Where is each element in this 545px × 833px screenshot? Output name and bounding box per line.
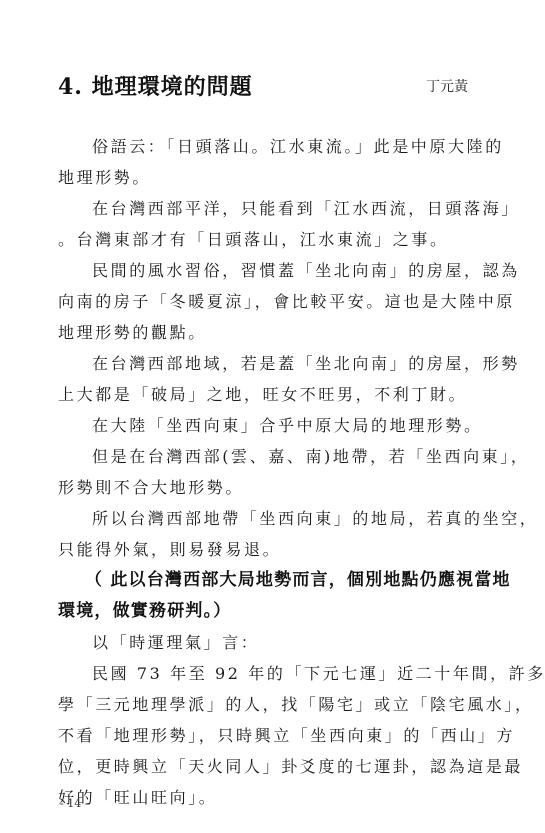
text-line: 地理形勢的觀點。 — [58, 317, 478, 348]
text-line: 在台灣西部平洋，只能看到「江水西流，日頭落海」 — [58, 193, 478, 224]
document-page: 4. 地理環境的問題 丁元黃 俗語云：「日頭落山。江水東流。」此是中原大陸的 地… — [0, 0, 545, 833]
text-line: 不看「地理形勢」，只時興立「坐西向東」的「西山」方 — [58, 720, 478, 751]
text-line: 向南的房子「冬暖夏涼」，會比較平安。這也是大陸中原 — [58, 286, 478, 317]
text-line: 在台灣西部地域，若是蓋「坐北向南」的房屋，形勢 — [58, 348, 478, 379]
text-line: 以「時運理氣」言： — [58, 627, 478, 658]
text-line: 上大都是「破局」之地，旺女不旺男，不利丁財。 — [58, 379, 478, 410]
text-line: 地理形勢。 — [58, 162, 478, 193]
note-line: 環境，做實務研判。） — [58, 596, 478, 627]
page-title: 4. 地理環境的問題 — [58, 70, 253, 101]
page-number: - 14 - — [60, 797, 88, 810]
text-line: 民間的風水習俗，習慣蓋「坐北向南」的房屋，認為 — [58, 255, 478, 286]
text-line: 所以台灣西部地帶「坐西向東」的地局，若真的坐空， — [58, 503, 478, 534]
text-line: 只能得外氣，則易發易退。 — [58, 534, 478, 565]
body-text: 俗語云：「日頭落山。江水東流。」此是中原大陸的 地理形勢。 在台灣西部平洋，只能… — [58, 131, 478, 813]
text-line: 但是在台灣西部(雲、嘉、南)地帶，若「坐西向東」， — [58, 441, 478, 472]
text-line: 好的「旺山旺向」。 — [58, 782, 478, 813]
text-line: 位，更時興立「天火同人」卦爻度的七運卦，認為這是最 — [58, 751, 478, 782]
text-line: 形勢則不合大地形勢。 — [58, 472, 478, 503]
text-line: 在大陸「坐西向東」合乎中原大局的地理形勢。 — [58, 410, 478, 441]
text-line: 俗語云：「日頭落山。江水東流。」此是中原大陸的 — [58, 131, 478, 162]
note-line: （ 此以台灣西部大局地勢而言，個別地點仍應視當地 — [58, 565, 478, 596]
author-name: 丁元黃 — [426, 76, 468, 96]
text-line: 民國 73 年至 92 年的「下元七運」近二十年間，許多 — [58, 658, 478, 689]
text-line: 。台灣東部才有「日頭落山，江水東流」之事。 — [58, 224, 478, 255]
text-line: 學「三元地理學派」的人，找「陽宅」或立「陰宅風水」， — [58, 689, 478, 720]
